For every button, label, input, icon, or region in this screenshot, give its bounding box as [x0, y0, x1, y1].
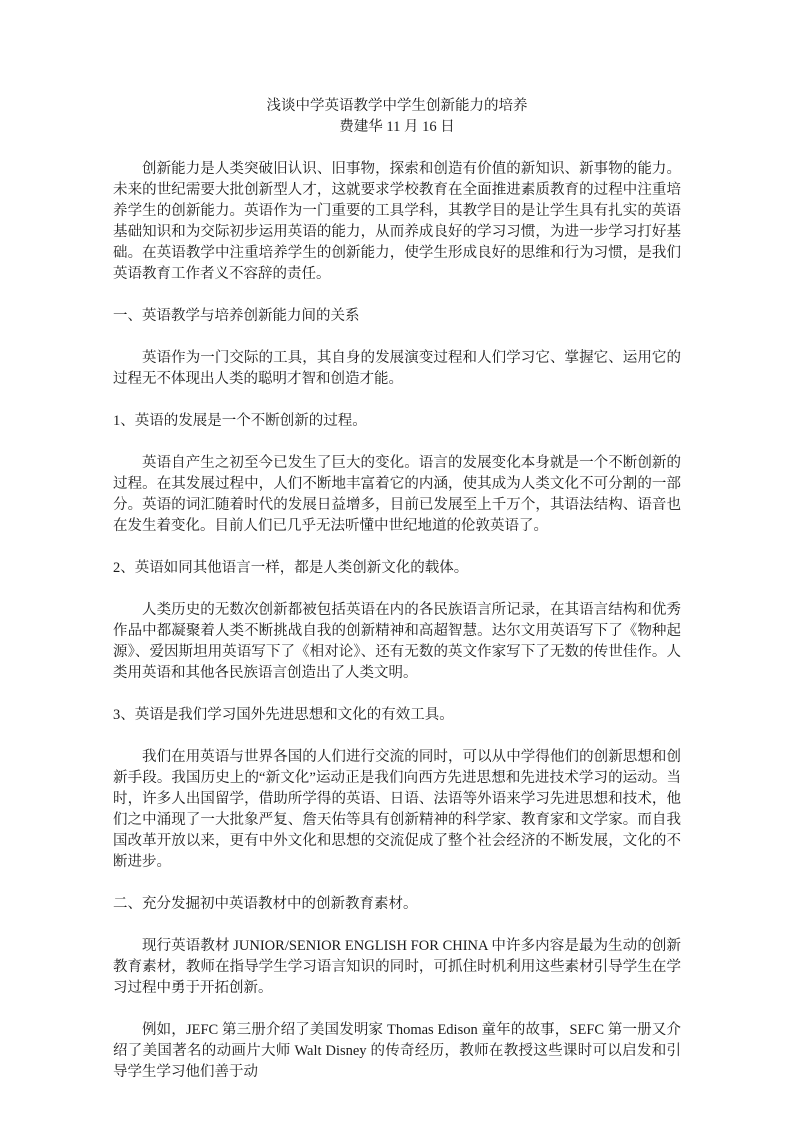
- section-heading: 一、英语教学与培养创新能力间的关系: [113, 306, 681, 327]
- document-byline: 费建华 11 月 16 日: [113, 117, 681, 138]
- section-heading: 2、英语如同其他语言一样，都是人类创新文化的载体。: [113, 558, 681, 579]
- document-body: 创新能力是人类突破旧认识、旧事物，探索和创造有价值的新知识、新事物的能力。未来的…: [113, 159, 681, 1083]
- document-title: 浅谈中学英语教学中学生创新能力的培养: [113, 96, 681, 117]
- body-paragraph: 现行英语教材 JUNIOR/SENIOR ENGLISH FOR CHINA 中…: [113, 936, 681, 999]
- body-paragraph: 人类历史的无数次创新都被包括英语在内的各民族语言所记录，在其语言结构和优秀作品中…: [113, 600, 681, 684]
- document-page: 浅谈中学英语教学中学生创新能力的培养 费建华 11 月 16 日 创新能力是人类…: [0, 0, 793, 1122]
- section-heading: 二、充分发掘初中英语教材中的创新教育素材。: [113, 894, 681, 915]
- body-paragraph: 英语自产生之初至今已发生了巨大的变化。语言的发展变化本身就是一个不断创新的过程。…: [113, 453, 681, 537]
- section-heading: 1、英语的发展是一个不断创新的过程。: [113, 411, 681, 432]
- body-paragraph: 我们在用英语与世界各国的人们进行交流的同时，可以从中学得他们的创新思想和创新手段…: [113, 747, 681, 873]
- body-paragraph: 创新能力是人类突破旧认识、旧事物，探索和创造有价值的新知识、新事物的能力。未来的…: [113, 159, 681, 285]
- section-heading: 3、英语是我们学习国外先进思想和文化的有效工具。: [113, 705, 681, 726]
- body-paragraph: 英语作为一门交际的工具，其自身的发展演变过程和人们学习它、掌握它、运用它的过程无…: [113, 348, 681, 390]
- body-paragraph: 例如，JEFC 第三册介绍了美国发明家 Thomas Edison 童年的故事，…: [113, 1020, 681, 1083]
